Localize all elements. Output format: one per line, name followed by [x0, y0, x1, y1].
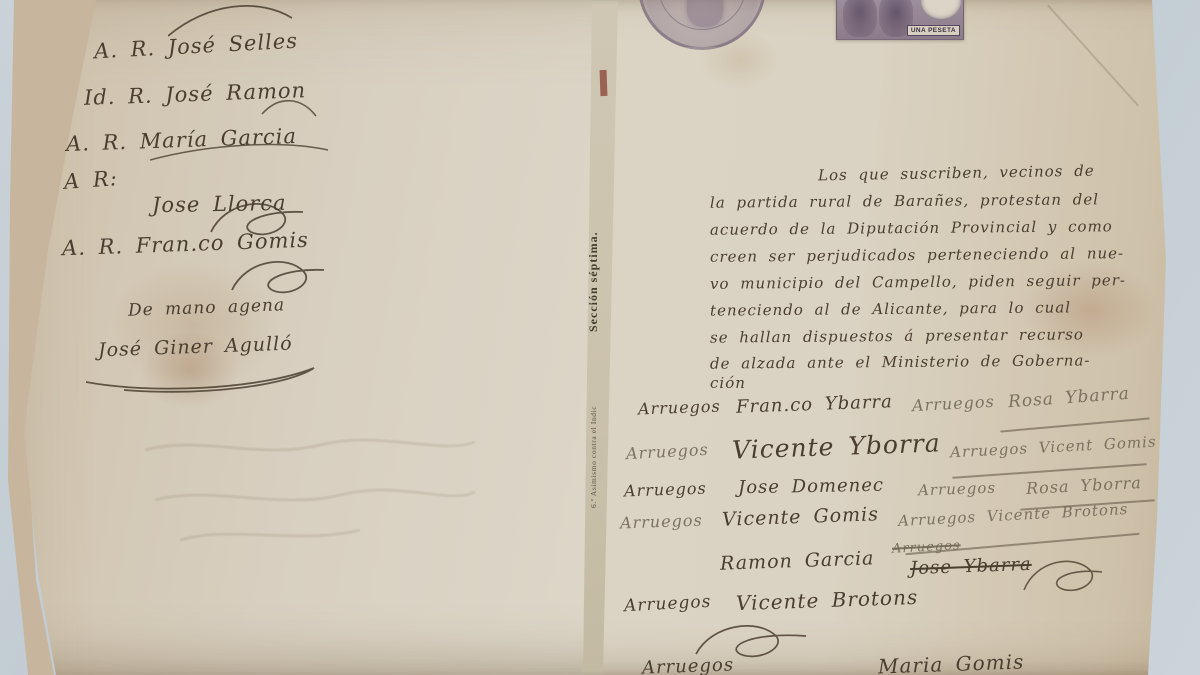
- red-rule: [600, 70, 608, 96]
- section-heading: Sección séptima.: [586, 231, 601, 332]
- signature-line: A R:: [63, 166, 118, 194]
- body-text-line: vo municipio del Campello, piden seguir …: [710, 271, 1126, 293]
- printed-edge-text: 6.º Asimismo contra el Indic: [589, 406, 598, 508]
- signature: Arruegos: [638, 397, 721, 419]
- signature: Arruegos: [918, 479, 997, 500]
- body-text-line: se hallan dispuestos á presentar recurso: [710, 325, 1084, 346]
- body-text-line: teneciendo al de Alicante, para lo cual: [710, 298, 1071, 319]
- body-text-line: creen ser perjudicados perteneciendo al …: [710, 244, 1124, 266]
- body-text-line: la partida rural de Barañes, protestan d…: [710, 190, 1099, 211]
- signature: Arruegos: [642, 654, 735, 675]
- crossed-out-signature: Jose Ybarra: [910, 554, 1032, 579]
- stamp-value-label: UNA PESETA: [907, 25, 960, 36]
- stamp-blank-oval: [921, 0, 961, 19]
- seal-coat-of-arms: [687, 0, 723, 27]
- body-text-line: acuerdo de la Diputación Provincial y co…: [710, 217, 1113, 239]
- signature: Jose Domenec: [738, 475, 884, 499]
- signature: Arruegos: [620, 511, 703, 533]
- revenue-stamp: UNA PESETA: [836, 0, 964, 40]
- body-text-line: de alzada ante el Ministerio de Goberna-: [710, 351, 1091, 372]
- photo-stage: UNA PESETA Sección séptima. 6.º Asimismo…: [0, 0, 1200, 675]
- signature-line: Jose Llorca: [152, 191, 287, 217]
- signature: Maria Gomis: [878, 649, 1025, 675]
- stamp-engraving-figure: [843, 0, 877, 37]
- body-text-line: ción: [710, 374, 746, 392]
- signature: Arruegos: [624, 479, 707, 501]
